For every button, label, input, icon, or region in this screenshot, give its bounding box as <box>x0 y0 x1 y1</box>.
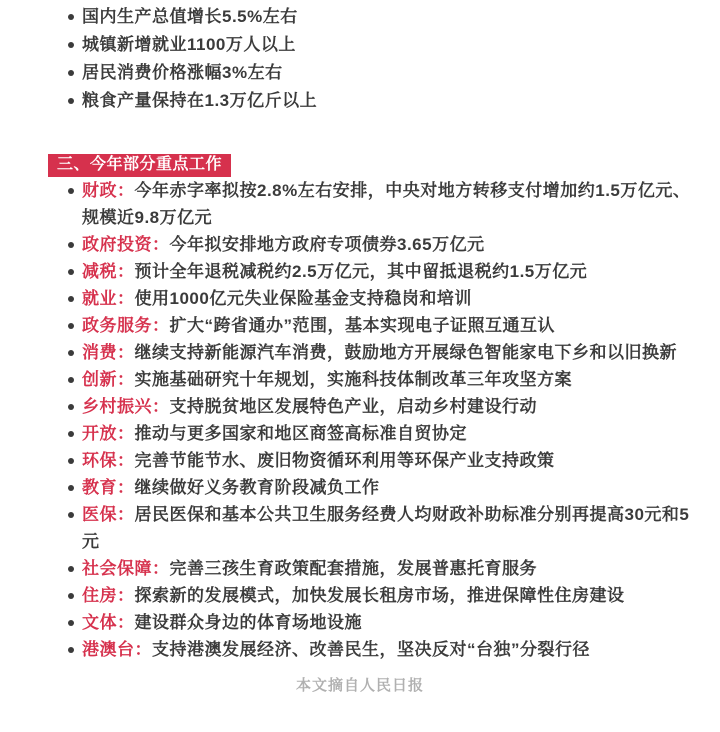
list-item: 住房：探索新的发展模式，加快发展长租房市场，推进保障性住房建设 <box>48 582 702 609</box>
bullet-icon <box>68 70 74 76</box>
target-text: 粮食产量保持在1.3万亿斤以上 <box>82 91 317 110</box>
bullet-icon <box>68 14 74 20</box>
list-item: 城镇新增就业1100万人以上 <box>48 31 702 59</box>
task-text: 完善节能节水、废旧物资循环利用等环保产业支持政策 <box>135 451 555 470</box>
task-text: 今年赤字率拟按2.8%左右安排，中央对地方转移支付增加约1.5万亿元、规模近9.… <box>82 181 690 227</box>
section-header: 三、今年部分重点工作 <box>48 154 231 177</box>
section-title: 三、今年部分重点工作 <box>57 156 222 173</box>
target-text: 居民消费价格涨幅3%左右 <box>82 63 283 82</box>
list-item: 政府投资：今年拟安排地方政府专项债券3.65万亿元 <box>48 231 702 258</box>
task-label: 住房： <box>82 586 135 605</box>
target-text: 国内生产总值增长5.5%左右 <box>82 7 298 26</box>
task-label: 政府投资： <box>82 235 170 254</box>
task-text: 探索新的发展模式，加快发展长租房市场，推进保障性住房建设 <box>135 586 625 605</box>
bullet-icon <box>68 485 74 491</box>
task-label: 开放： <box>82 424 135 443</box>
task-text: 建设群众身边的体育场地设施 <box>135 613 363 632</box>
bullet-icon <box>68 350 74 356</box>
task-label: 文体： <box>82 613 135 632</box>
task-text: 继续支持新能源汽车消费，鼓励地方开展绿色智能家电下乡和以旧换新 <box>135 343 678 362</box>
list-item: 消费：继续支持新能源汽车消费，鼓励地方开展绿色智能家电下乡和以旧换新 <box>48 339 702 366</box>
list-item: 文体：建设群众身边的体育场地设施 <box>48 609 702 636</box>
list-item: 开放：推动与更多国家和地区商签高标准自贸协定 <box>48 420 702 447</box>
task-text: 支持脱贫地区发展特色产业，启动乡村建设行动 <box>170 397 538 416</box>
task-text: 扩大“跨省通办”范围，基本实现电子证照互通互认 <box>170 316 556 335</box>
task-label: 就业： <box>82 289 135 308</box>
list-item: 创新：实施基础研究十年规划，实施科技体制改革三年攻坚方案 <box>48 366 702 393</box>
bullet-icon <box>68 42 74 48</box>
task-label: 环保： <box>82 451 135 470</box>
task-text: 实施基础研究十年规划，实施科技体制改革三年攻坚方案 <box>135 370 573 389</box>
list-item: 财政：今年赤字率拟按2.8%左右安排，中央对地方转移支付增加约1.5万亿元、规模… <box>48 177 702 231</box>
list-item: 居民消费价格涨幅3%左右 <box>48 59 702 87</box>
annual-targets-list: 国内生产总值增长5.5%左右 城镇新增就业1100万人以上 居民消费价格涨幅3%… <box>48 3 702 115</box>
task-label: 乡村振兴： <box>82 397 170 416</box>
key-tasks-list: 财政：今年赤字率拟按2.8%左右安排，中央对地方转移支付增加约1.5万亿元、规模… <box>48 177 702 663</box>
task-label: 港澳台： <box>82 640 152 659</box>
task-text: 使用1000亿元失业保险基金支持稳岗和培训 <box>135 289 472 308</box>
list-item: 政务服务：扩大“跨省通办”范围，基本实现电子证照互通互认 <box>48 312 702 339</box>
bullet-icon <box>68 647 74 653</box>
bullet-icon <box>68 512 74 518</box>
bullet-icon <box>68 323 74 329</box>
bullet-icon <box>68 566 74 572</box>
list-item: 医保：居民医保和基本公共卫生服务经费人均财政补助标准分别再提高30元和5元 <box>48 501 702 555</box>
bullet-icon <box>68 377 74 383</box>
task-label: 创新： <box>82 370 135 389</box>
page: { "colors": { "accent_red": "#d6314d", "… <box>0 0 720 732</box>
bullet-icon <box>68 188 74 194</box>
target-text: 城镇新增就业1100万人以上 <box>82 35 296 54</box>
task-label: 医保： <box>82 505 135 524</box>
task-text: 居民医保和基本公共卫生服务经费人均财政补助标准分别再提高30元和5元 <box>82 505 689 551</box>
list-item: 就业：使用1000亿元失业保险基金支持稳岗和培训 <box>48 285 702 312</box>
list-item: 环保：完善节能节水、废旧物资循环利用等环保产业支持政策 <box>48 447 702 474</box>
task-text: 预计全年退税减税约2.5万亿元，其中留抵退税约1.5万亿元 <box>135 262 588 281</box>
list-item: 国内生产总值增长5.5%左右 <box>48 3 702 31</box>
list-item: 社会保障：完善三孩生育政策配套措施，发展普惠托育服务 <box>48 555 702 582</box>
list-item: 减税：预计全年退税减税约2.5万亿元，其中留抵退税约1.5万亿元 <box>48 258 702 285</box>
task-text: 完善三孩生育政策配套措施，发展普惠托育服务 <box>170 559 538 578</box>
bullet-icon <box>68 620 74 626</box>
task-text: 继续做好义务教育阶段减负工作 <box>135 478 380 497</box>
list-item: 粮食产量保持在1.3万亿斤以上 <box>48 87 702 115</box>
task-text: 支持港澳发展经济、改善民生，坚决反对“台独”分裂行径 <box>152 640 590 659</box>
list-item: 教育：继续做好义务教育阶段减负工作 <box>48 474 702 501</box>
bullet-icon <box>68 98 74 104</box>
task-label: 消费： <box>82 343 135 362</box>
bullet-icon <box>68 404 74 410</box>
bullet-icon <box>68 458 74 464</box>
footer-source: 本文摘自人民日报 <box>18 676 702 696</box>
task-text: 推动与更多国家和地区商签高标准自贸协定 <box>135 424 468 443</box>
list-item: 港澳台：支持港澳发展经济、改善民生，坚决反对“台独”分裂行径 <box>48 636 702 663</box>
bullet-icon <box>68 269 74 275</box>
task-label: 教育： <box>82 478 135 497</box>
article-body: 国内生产总值增长5.5%左右 城镇新增就业1100万人以上 居民消费价格涨幅3%… <box>0 0 720 696</box>
task-label: 减税： <box>82 262 135 281</box>
task-text: 今年拟安排地方政府专项债券3.65万亿元 <box>170 235 485 254</box>
task-label: 财政： <box>82 181 135 200</box>
list-item: 乡村振兴：支持脱贫地区发展特色产业，启动乡村建设行动 <box>48 393 702 420</box>
bullet-icon <box>68 296 74 302</box>
bullet-icon <box>68 593 74 599</box>
task-label: 社会保障： <box>82 559 170 578</box>
bullet-icon <box>68 431 74 437</box>
bullet-icon <box>68 242 74 248</box>
task-label: 政务服务： <box>82 316 170 335</box>
